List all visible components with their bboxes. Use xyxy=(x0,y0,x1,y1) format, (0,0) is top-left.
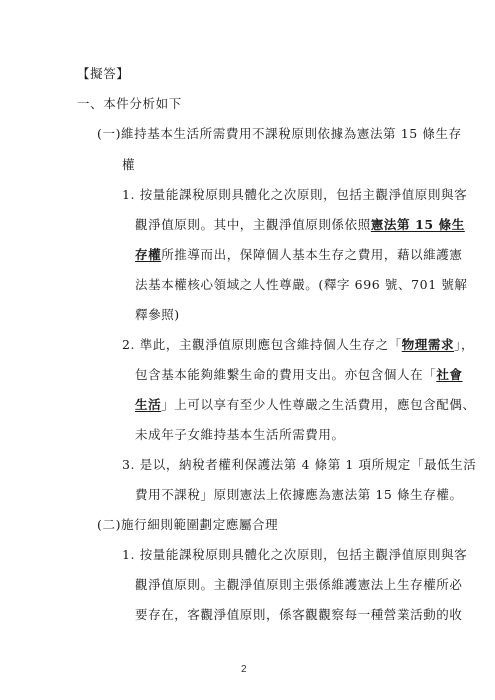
section-1-title: 一、本件分析如下 xyxy=(77,96,182,112)
emphasis-text: 存權 xyxy=(135,247,161,262)
item-1-2-line-1: 2. 準此，主觀淨值原則應包含維持個人生存之「物理需求」， xyxy=(122,337,474,353)
item-1-1-line-2: 觀淨值原則。其中，主觀淨值原則係依照憲法第 15 條生 xyxy=(135,217,465,233)
answer-heading: 【擬答】 xyxy=(77,66,129,82)
emphasis-text: 憲法第 15 條生 xyxy=(371,217,465,232)
document-page: 【擬答】 一、本件分析如下 (一)維持基本生活所需費用不課稅原則依據為憲法第 1… xyxy=(0,0,495,700)
item-text: 觀淨值原則。其中，主觀淨值原則係依照 xyxy=(135,217,371,232)
item-1-1-line-5: 釋參照) xyxy=(135,307,180,323)
item-2-1-line-3: 要存在，客觀淨值原則，係客觀觀察每一種營業活動的收 xyxy=(135,607,463,623)
item-1-2-line-3: 生活」上可以享有至少人性尊嚴之生活費用，應包含配偶、 xyxy=(135,397,476,413)
item-text: 包含基本能夠維繫生命的費用支出。亦包含個人在「 xyxy=(135,367,436,382)
item-1-3-line-1: 3. 是以，納稅者權利保護法第 4 條第 1 項所規定「最低生活 xyxy=(122,457,476,473)
subsection-1-title-cont: 權 xyxy=(122,157,135,173)
item-text: 所推導而出，保障個人基本生存之費用，藉以維護憲 xyxy=(161,247,462,262)
item-text: 2. 準此，主觀淨值原則應包含維持個人生存之「 xyxy=(122,337,402,352)
emphasis-text: 社會 xyxy=(436,367,462,382)
item-text: 」上可以享有至少人性尊嚴之生活費用，應包含配偶、 xyxy=(161,397,475,412)
item-2-1-line-1: 1. 按量能課稅原則具體化之次原則，包括主觀淨值原則與客 xyxy=(122,547,467,563)
item-1-3-line-2: 費用不課稅」原則憲法上依據應為憲法第 15 條生存權。 xyxy=(135,487,463,503)
subsection-2-title: (二)施行細則範圍劃定應屬合理 xyxy=(97,517,278,533)
item-1-1-line-1: 1. 按量能課稅原則具體化之次原則，包括主觀淨值原則與客 xyxy=(122,187,467,203)
emphasis-text: 生活 xyxy=(135,397,161,412)
item-1-2-line-2: 包含基本能夠維繫生命的費用支出。亦包含個人在「社會 xyxy=(135,367,463,383)
subsection-1-title: (一)維持基本生活所需費用不課稅原則依據為憲法第 15 條生存 xyxy=(97,126,462,142)
item-1-1-line-4: 法基本權核心領域之人性尊嚴。(釋字 696 號、701 號解 xyxy=(135,277,468,293)
item-1-2-line-4: 未成年子女維持基本生活所需費用。 xyxy=(135,427,345,443)
item-1-1-line-3: 存權所推導而出，保障個人基本生存之費用，藉以維護憲 xyxy=(135,247,463,263)
item-2-1-line-2: 觀淨值原則。主觀淨值原則主張係維護憲法上生存權所必 xyxy=(135,577,463,593)
item-text: 」， xyxy=(454,337,474,352)
emphasis-text: 物理需求 xyxy=(402,337,454,352)
page-number: 2 xyxy=(241,664,247,675)
